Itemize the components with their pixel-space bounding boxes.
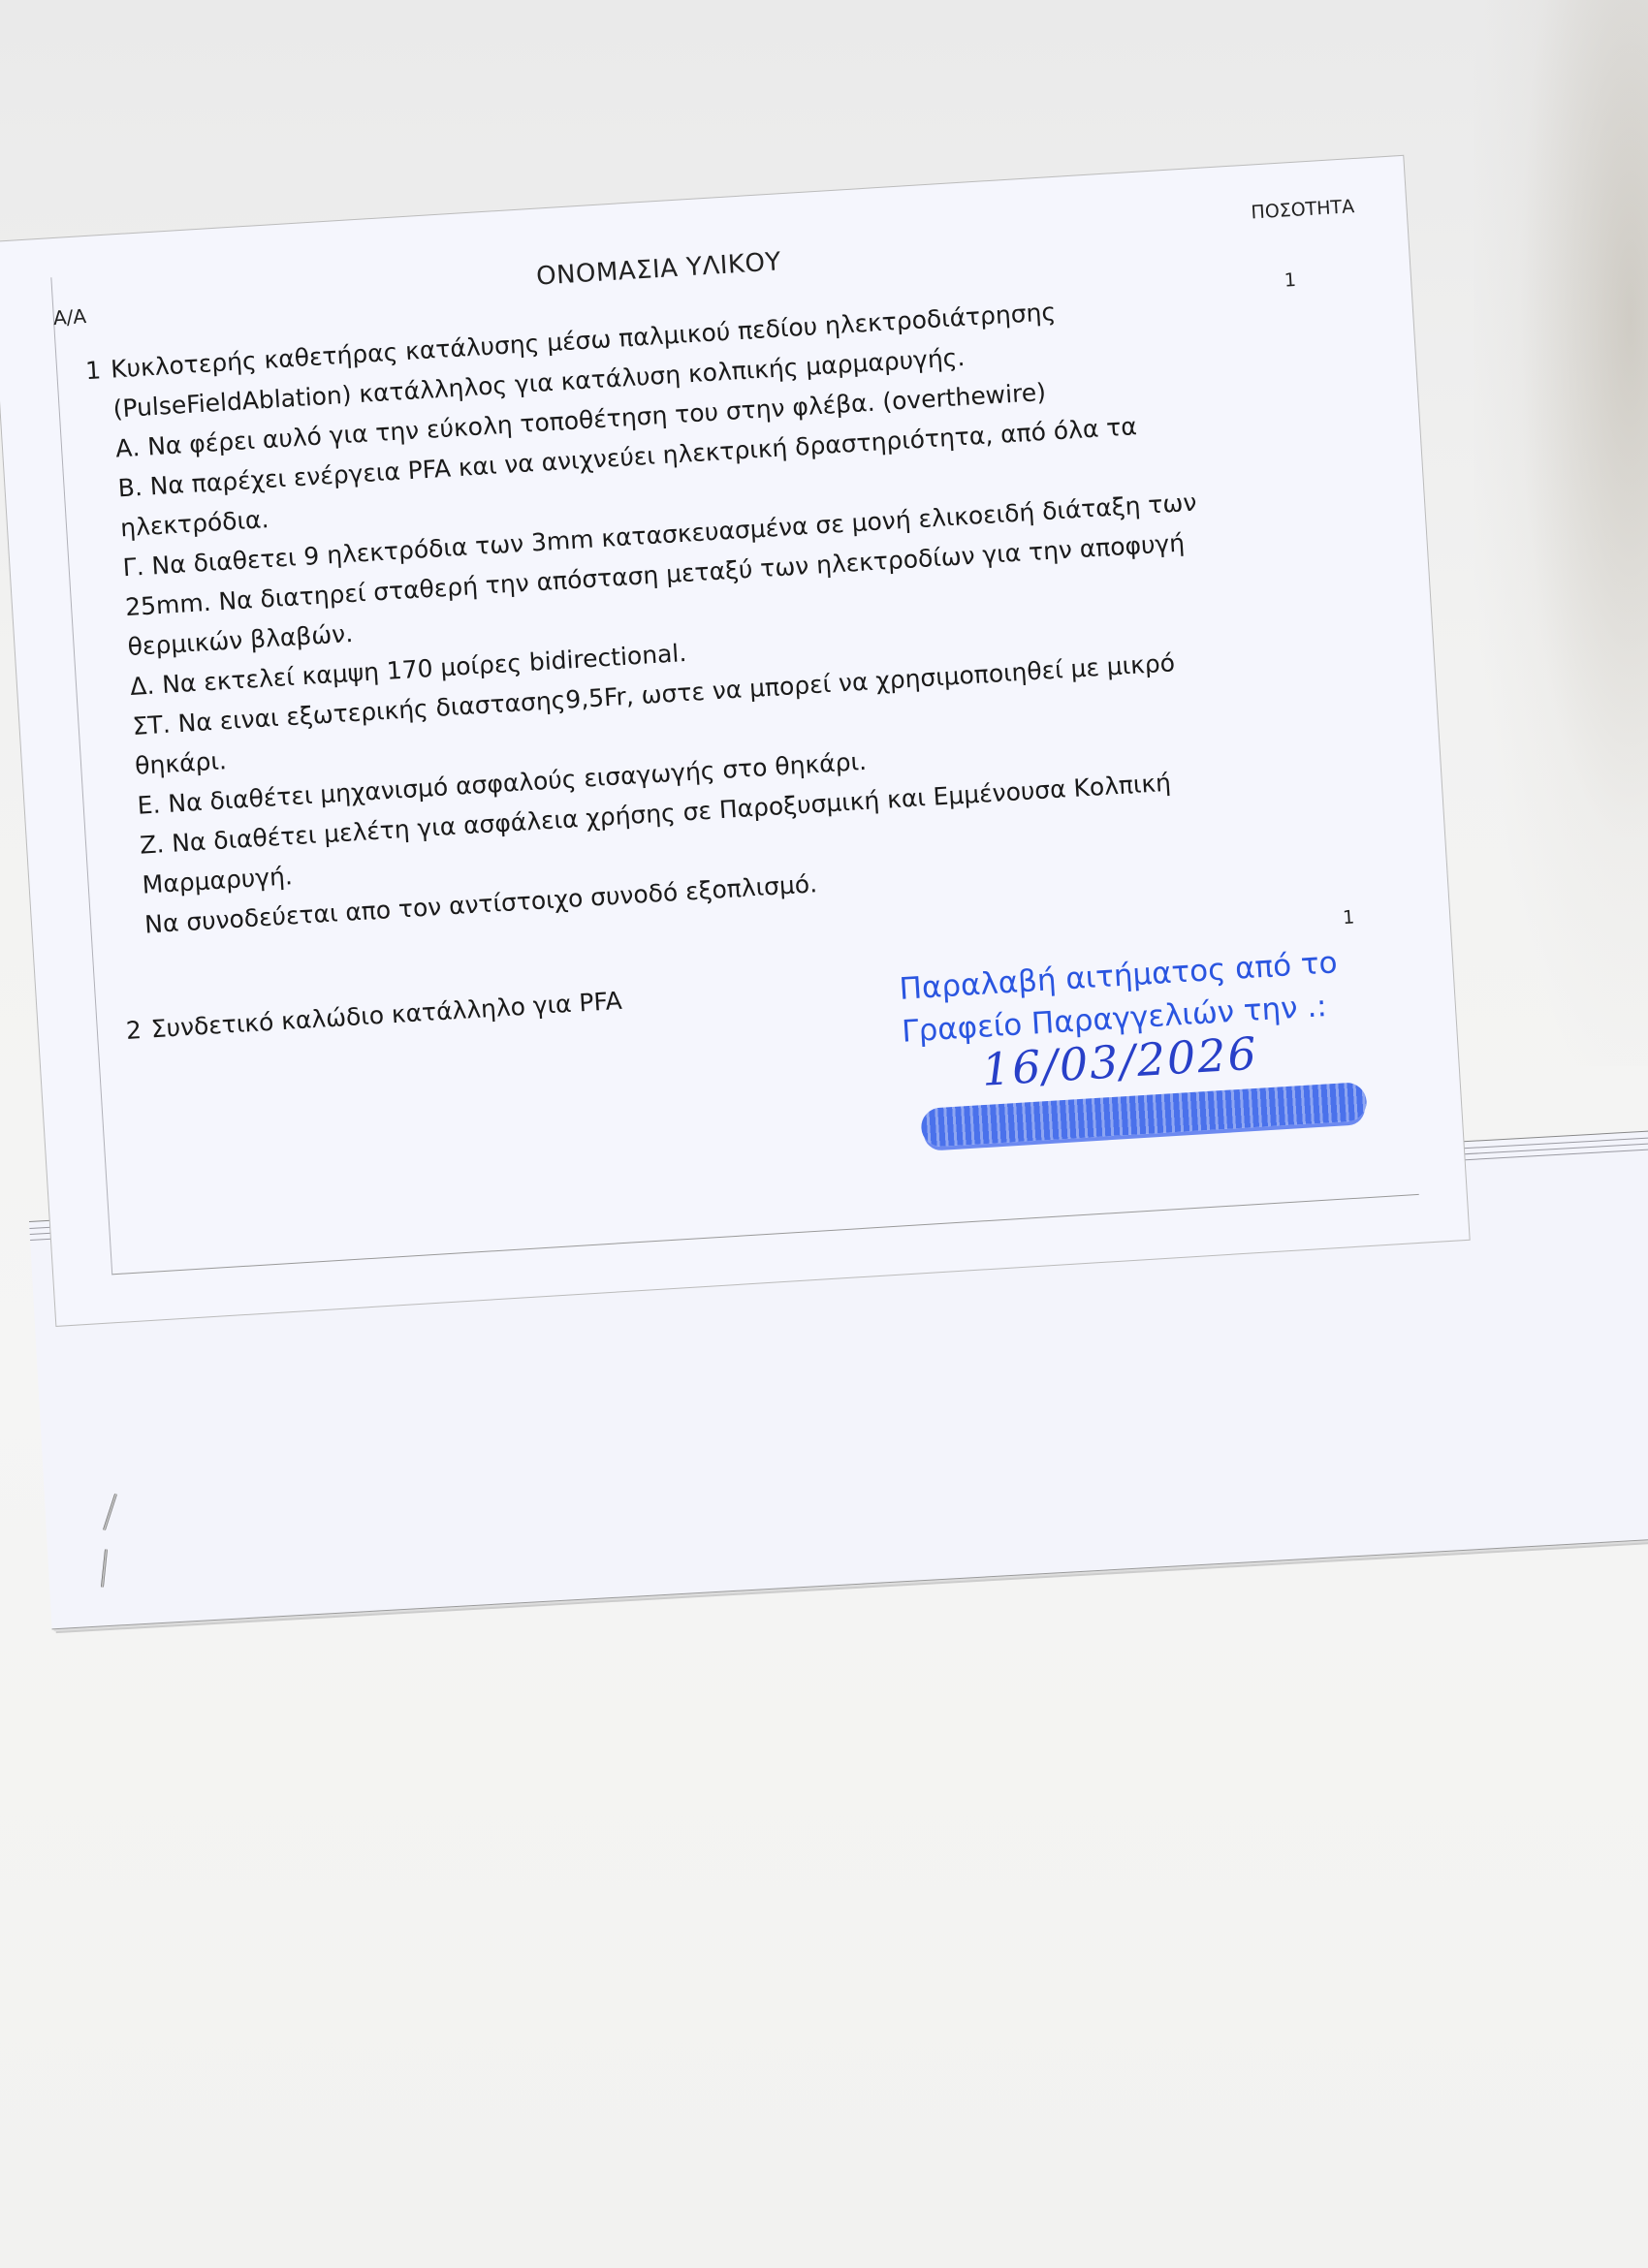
item-2-number: 2	[125, 1009, 152, 1051]
scan-stain	[1474, 0, 1648, 1066]
item-2-quantity: 1	[1342, 906, 1354, 929]
order-sheet: A/A ΟΝΟΜΑΣΙΑ ΥΛΙΚΟΥ ΠΟΣΟΤΗΤΑ 1 1Κυκλοτερ…	[0, 156, 1470, 1326]
item-1-number: 1	[84, 350, 111, 392]
header-aa: A/A	[52, 304, 87, 330]
received-stamp: Παραλαβή αιτήματος από το Γραφείο Παραγγ…	[898, 941, 1344, 1095]
item-1: 1Κυκλοτερής καθετήρας κατάλυσης μέσω παλ…	[84, 284, 1220, 946]
item-1-quantity: 1	[1284, 269, 1296, 292]
